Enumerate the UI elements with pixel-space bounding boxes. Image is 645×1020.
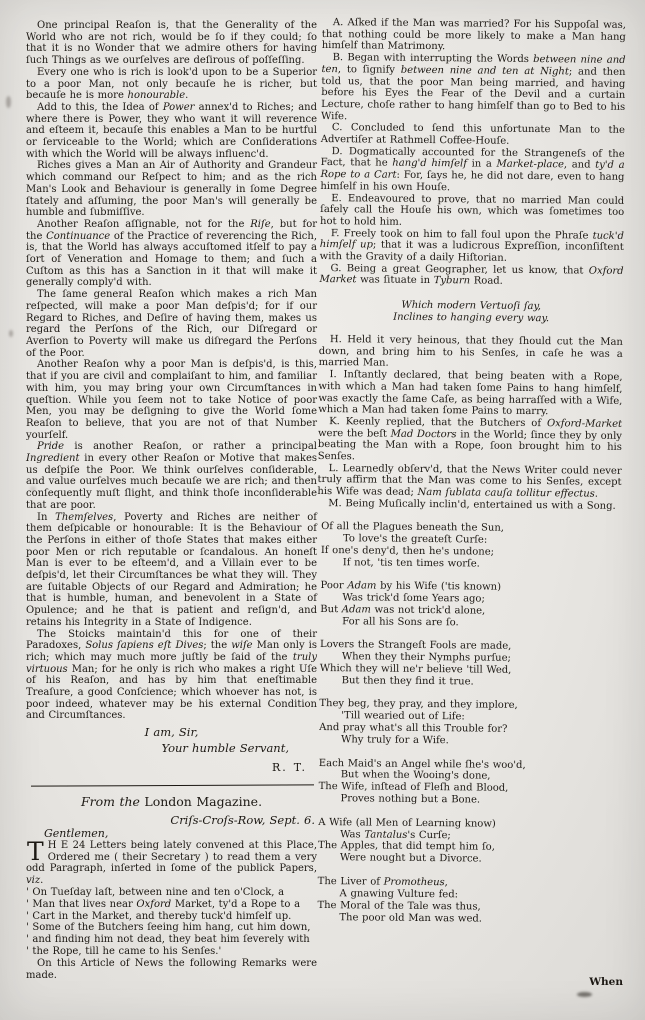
text-run: In: [37, 512, 55, 523]
catchword: When: [589, 977, 623, 989]
verse-line: ' and finding him not dead, they beat hi…: [26, 934, 317, 946]
text-run: The poor old Man was wed.: [339, 912, 482, 924]
dateline: Criſs-Croſs-Row, Sept. 6.: [26, 814, 317, 827]
text-run: hang'd himſelf: [392, 158, 467, 170]
verse-line: For all his Sons are ſo.: [320, 616, 620, 631]
song-stanza: Each Maid's an Angel while ſhe's woo'd,B…: [318, 758, 618, 809]
text-run: .: [185, 90, 188, 101]
left-column: One principal Reaſon is, that the Genera…: [26, 20, 317, 982]
text-run: 'Till wearied out of Life:: [341, 711, 465, 723]
text-run: Ingredient: [26, 453, 79, 464]
letter-closing: I am, Sir,: [26, 726, 317, 739]
song-stanza: Of all the Plagues beneath the Sun,To lo…: [321, 521, 621, 572]
text-run: The Apples, that did tempt him ſo,: [318, 840, 495, 853]
text-run: , and: [564, 160, 595, 171]
text-run: Gentlemen,: [44, 827, 108, 840]
text-run: ' Cart in the Market, and thereby tuck'd…: [26, 911, 291, 922]
remark-L: L. Learnedly obſerv'd, that the News Wri…: [317, 463, 621, 501]
remark-B: B. Began with interrupting the Words bet…: [321, 52, 626, 125]
text-run: When they their Nymphs purſue;: [342, 651, 511, 664]
remark-F: F. Freely took on him to fall foul upon …: [320, 228, 624, 266]
ink-smudge: [577, 992, 592, 997]
text-run: A gnawing Vulture fed:: [340, 888, 459, 900]
text-run: Poor: [320, 580, 347, 591]
text-run: Criſs-Croſs-Row, Sept. 6.: [170, 813, 315, 827]
text-run: Pride: [37, 441, 64, 452]
song-stanza: Poor Adam by his Wife ('tis known)Was tr…: [320, 580, 620, 631]
song-stanza: They beg, they pray, and they implore,'T…: [319, 698, 619, 749]
opening-paragraph: TH E 24 Letters being lately convened at…: [26, 840, 317, 887]
text-run: A. Aſked if the Man was married? For his…: [322, 17, 626, 52]
text-run: C. Concluded to ſend this unfortunate Ma…: [321, 122, 625, 146]
text-run: Power: [163, 102, 195, 113]
text-run: ' and finding him not dead, they beat hi…: [26, 934, 310, 945]
text-run: I. Inſtantly declared, that being beaten…: [318, 369, 622, 417]
text-run: .: [595, 489, 598, 500]
verse-line: The poor old Man was wed.: [317, 911, 617, 926]
text-run: between nine and ten at Night: [401, 65, 569, 78]
text-run: was not trick'd alone,: [371, 604, 485, 616]
text-run: Inclines to hanging every way.: [393, 312, 549, 324]
text-run: The Moral of the Tale was thus,: [317, 900, 480, 913]
essay-paragraph: The ſame general Reaſon which makes a ri…: [26, 289, 317, 359]
text-run: E. Endeavoured to prove, that no married…: [320, 193, 624, 228]
text-run: ' Some of the Butchers ſeeing him hang, …: [26, 922, 311, 933]
verse-line: Inclines to hanging every way.: [319, 311, 623, 326]
text-run: Was: [340, 829, 364, 840]
magazine-page: One principal Reaſon is, that the Genera…: [0, 0, 645, 1020]
text-run: If one's deny'd, then he's undone;: [321, 545, 494, 558]
text-run: wiſe: [231, 640, 252, 651]
salutation: Gentlemen,: [26, 828, 317, 840]
text-run: ; the: [203, 640, 231, 651]
text-run: Lovers the Strangeſt Fools are made,: [320, 639, 511, 652]
text-run: Market-place: [496, 159, 564, 171]
essay-paragraph: In Themſelves, Poverty and Riches are ne…: [26, 512, 317, 629]
remarks-note: On this Article of News the following Re…: [26, 958, 317, 981]
text-run: Of all the Plagues beneath the Sun,: [321, 521, 504, 534]
essay-paragraph: Add to this, the Idea of Power annex'd t…: [26, 102, 317, 161]
section-divider: [31, 784, 314, 786]
text-run: Man; for he only is rich who makes a rig…: [26, 664, 317, 722]
text-run: The Liver of: [318, 876, 384, 888]
text-run: The ſame general Reaſon which makes a ri…: [26, 289, 317, 359]
text-run: ' the Rope, till he came to his Senſes.': [26, 946, 221, 957]
text-run: Solus ſapiens eſt Dives: [85, 640, 203, 651]
verse-line: Why truly for a Wife.: [319, 734, 619, 749]
text-run: A Wife (all Men of Learning know): [318, 817, 496, 830]
text-run: by his Wife ('tis known): [376, 581, 501, 593]
text-run: To love's the greateſt Curſe:: [343, 533, 487, 545]
text-run: ' Man that lives near: [26, 899, 136, 910]
song-stanza: Lovers the Strangeſt Fools are made,When…: [320, 639, 620, 690]
text-run: Which they will ne'r believe 'till Wed,: [320, 663, 512, 676]
text-run: Adam: [342, 604, 371, 615]
remark-I: I. Inſtantly declared, that being beaten…: [318, 369, 622, 419]
verse-line: But then they find it true.: [320, 675, 620, 690]
essay-paragraph: Pride is another Reaſon, or rather a pri…: [26, 441, 317, 511]
remark-K: K. Keenly replied, that the Butchers of …: [318, 416, 622, 466]
text-run: H. Held it very heinous, that they ſhoul…: [319, 334, 623, 369]
text-run: were the beſt: [318, 428, 391, 440]
text-run: But when the Wooing's done,: [341, 770, 491, 782]
text-run: Nam ſublata cauſa tollitur effectus: [418, 487, 595, 500]
essay-paragraph: One principal Reaſon is, that the Genera…: [26, 20, 317, 67]
text-run: Your humble Servant,: [161, 741, 289, 755]
text-run: Another Reaſon aſſignable, not for the: [37, 219, 250, 230]
text-run: Tantalus: [364, 829, 407, 840]
remark-D: D. Dogmatically accounted for the Strang…: [320, 146, 624, 196]
essay-paragraph: Riches gives a Man an Air of Authority a…: [26, 160, 317, 219]
text-run: But then they find it true.: [342, 675, 474, 687]
text-run: Oxford-Market: [547, 418, 622, 430]
magazine-heading: From the London Magazine.: [26, 795, 317, 809]
text-run: On this Article of News the following Re…: [26, 958, 317, 981]
remark-M: M. Being Muſically inclin'd, entertained…: [317, 498, 621, 513]
text-run: Another Reaſon why a poor Man is deſpis'…: [26, 359, 317, 440]
essay-paragraph: Another Reaſon aſſignable, not for the R…: [26, 219, 317, 289]
essay-paragraph: Another Reaſon why a poor Man is deſpis'…: [26, 359, 317, 441]
text-run: , to ſignify: [338, 64, 401, 76]
ink-smudge: [9, 330, 13, 337]
song-stanza: A Wife (all Men of Learning know)Was Tan…: [318, 817, 618, 868]
text-run: Proves nothing but a Bone.: [340, 793, 480, 805]
text-run: Which modern Vertuoſi ſay,: [401, 300, 541, 312]
verse-line: ' Some of the Butchers ſeeing him hang, …: [26, 922, 317, 934]
text-run: was ſituate in: [356, 275, 433, 287]
text-run: ,: [445, 877, 448, 888]
remark-E: E. Endeavoured to prove, that no married…: [320, 193, 624, 231]
verse-line: ' Cart in the Market, and thereby tuck'd…: [26, 911, 317, 923]
text-run: Each Maid's an Angel while ſhe's woo'd,: [319, 758, 526, 771]
text-run: 's Curſe;: [407, 829, 451, 840]
text-run: honourable: [128, 90, 186, 101]
text-run: Riſe: [250, 219, 270, 230]
ink-smudge: [30, 486, 36, 492]
text-run: They beg, they pray, and they implore,: [319, 698, 517, 711]
text-run: Market, ty'd a Rope to a: [171, 899, 300, 910]
text-run: R. T.: [272, 761, 307, 774]
text-run: Were nought but a Divorce.: [340, 853, 482, 865]
remark-C: C. Concluded to ſend this unfortunate Ma…: [321, 122, 625, 148]
text-run: Adam: [347, 580, 376, 591]
text-run: ' On Tueſday laſt, between nine and ten …: [26, 887, 284, 898]
drop-cap: T: [26, 840, 48, 862]
essay-paragraph: The Stoicks maintain'd this for one of t…: [26, 629, 317, 723]
text-run: For all his Sons are ſo.: [342, 616, 459, 628]
text-run: The Wife, inſtead of Fleſh and Blood,: [319, 781, 509, 794]
text-run: Add to this, the Idea of: [37, 102, 163, 113]
letter-signature: R. T.: [26, 762, 317, 774]
ink-smudge: [6, 96, 11, 108]
text-run: From the: [81, 794, 144, 809]
verse-line: If not, 'tis ten times worſe.: [321, 557, 621, 572]
text-run: H E 24 Letters being lately convened at …: [26, 840, 317, 874]
quoted-news-item: ' On Tueſday laſt, between nine and ten …: [26, 887, 317, 958]
text-run: And pray what's all this Trouble for?: [319, 722, 507, 735]
remark-H: H. Held it very heinous, that they ſhoul…: [319, 334, 623, 372]
text-run: But: [320, 604, 342, 615]
text-run: viz: [26, 875, 40, 886]
text-run: Promotheus: [384, 876, 445, 888]
text-run: One principal Reaſon is, that the Genera…: [26, 20, 317, 66]
text-run: B. Began with interrupting the Words: [333, 52, 534, 65]
verse-line: ' On Tueſday laſt, between nine and ten …: [26, 887, 317, 899]
text-run: in a: [467, 159, 497, 170]
remark-A: A. Aſked if the Man was married? For his…: [322, 17, 626, 55]
text-run: Why truly for a Wife.: [341, 734, 449, 746]
essay-paragraph: Every one who is rich is look'd upon to …: [26, 67, 317, 102]
text-run: is another Reaſon, or rather a principal: [64, 441, 317, 452]
text-run: , Poverty and Riches are neither of them…: [26, 512, 317, 628]
text-run: Continuance: [46, 231, 110, 242]
text-run: I am, Sir,: [145, 725, 199, 739]
text-run: Oxford: [136, 899, 171, 910]
verse-line: Proves nothing but a Bone.: [318, 793, 618, 808]
text-run: Riches gives a Man an Air of Authority a…: [26, 160, 317, 218]
remark-G: G. Being a great Geographer, let us know…: [319, 263, 623, 289]
verse-line: Were nought but a Divorce.: [318, 852, 618, 867]
virtuosi-couplet: Which modern Vertuoſi ſay,Inclines to ha…: [319, 299, 623, 326]
right-column: A. Aſked if the Man was married? For his…: [313, 17, 626, 926]
verse-line: ' Man that lives near Oxford Market, ty'…: [26, 899, 317, 911]
song-stanza: The Liver of Promotheus,A gnawing Vultur…: [317, 876, 617, 927]
text-run: London Magazine.: [144, 794, 262, 809]
text-run: .: [40, 875, 43, 886]
text-run: Tyburn: [434, 276, 470, 287]
text-run: Was trick'd ſome Years ago;: [342, 592, 485, 604]
text-run: M. Being Muſically inclin'd, entertained…: [328, 498, 615, 512]
text-run: Mad Doctors: [391, 428, 457, 440]
text-run: If not, 'tis ten times worſe.: [343, 557, 480, 569]
text-run: Themſelves: [55, 512, 113, 523]
letter-closing: Your humble Servant,: [26, 742, 317, 755]
verse-line: ' the Rope, till he came to his Senſes.': [26, 946, 317, 958]
text-run: Road.: [470, 276, 503, 287]
